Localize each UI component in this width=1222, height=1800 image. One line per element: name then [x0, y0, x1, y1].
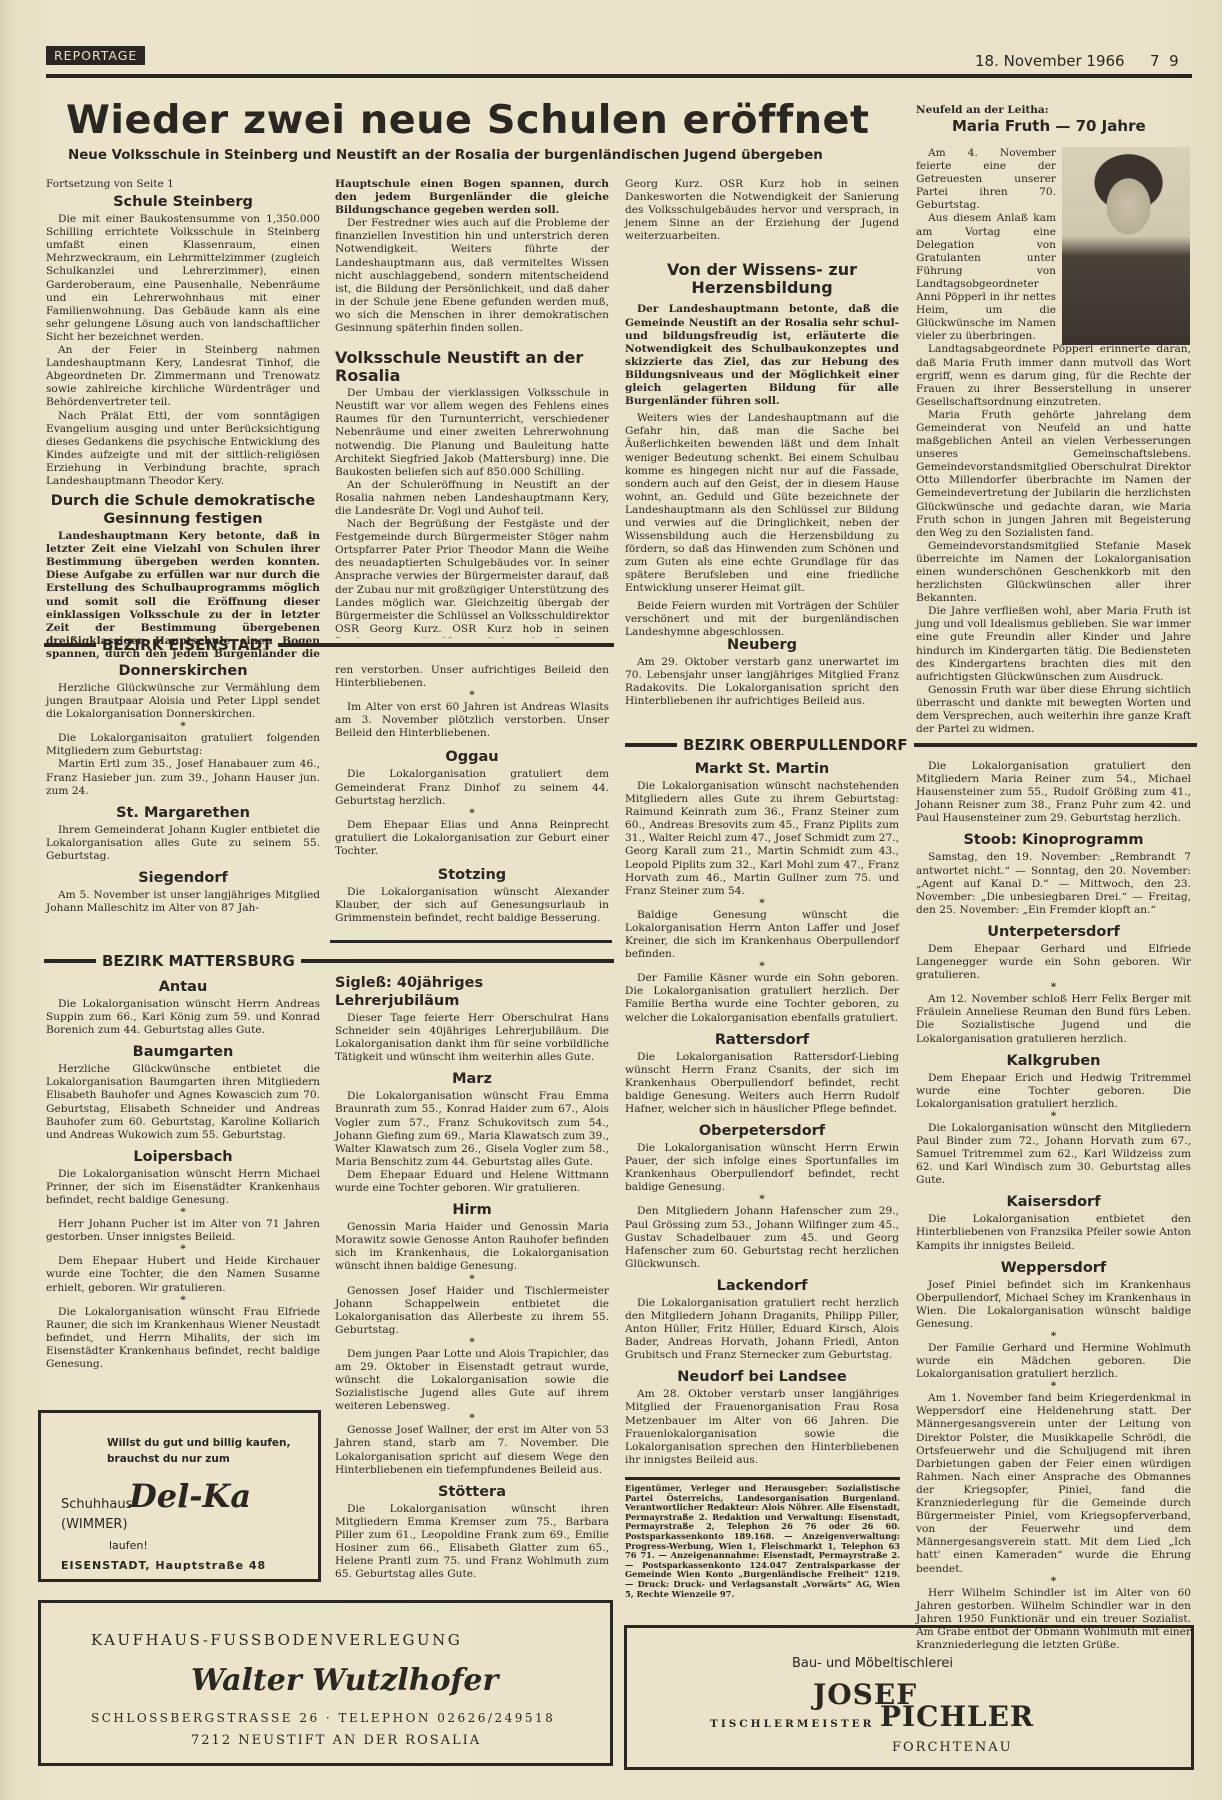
sidebar-article-body: Am 4. November feierte eine der Getreues… — [916, 147, 1191, 736]
pichler-last-name: PICHLER — [880, 1700, 1034, 1733]
main-article-col-2: Hauptschule einen Bogen spannen, durch d… — [335, 178, 609, 638]
bezirk-oberpullendorf-banner: BEZIRK OBERPULLENDORF — [625, 736, 1197, 754]
main-subtitle: Neue Volksschule in Steinberg und Neusti… — [68, 148, 888, 163]
main-headline: Wieder zwei neue Schulen eröffnet — [66, 98, 902, 143]
section-label: REPORTAGE — [46, 46, 145, 65]
page-number: 7 9 — [1150, 52, 1179, 70]
delka-logo: Del-Ka — [129, 1477, 251, 1515]
oberpullendorf-col-2: Die Lokalorganisation gratuliert den Mit… — [916, 760, 1191, 1652]
ad-pichler: Bau- und Möbeltischlerei JOSEF TISCHLERM… — [624, 1625, 1194, 1770]
main-article-col-1: Fortsetzung von Seite 1 Schule Steinberg… — [46, 178, 320, 660]
header-rule — [46, 74, 1192, 78]
mattersburg-top-rule — [330, 940, 612, 943]
eisenstadt-col-3: Neuberg Am 29. Oktober verstarb ganz une… — [625, 630, 899, 708]
ad-wutzlhofer: KAUFHAUS-FUSSBODENVERLEGUNG Walter Wutzl… — [38, 1600, 613, 1766]
imprint-rule — [625, 1477, 900, 1480]
issue-date: 18. November 1966 — [975, 52, 1125, 70]
sidebar-kicker: Neufeld an der Leitha: — [916, 104, 1049, 116]
main-article-col-3: Georg Kurz. OSR Kurz hob in seinen Danke… — [625, 178, 899, 639]
oberpullendorf-col-1: Markt St. Martin Die Lokalorganisation w… — [625, 754, 899, 1467]
imprint: Eigentümer, Verleger und Herausgeber: So… — [625, 1484, 900, 1599]
newspaper-page: REPORTAGE 18. November 1966 7 9 Wieder z… — [0, 0, 1222, 1800]
ad-delka: Willst du gut und billig kaufen, brauchs… — [38, 1410, 321, 1582]
bezirk-mattersburg-banner: BEZIRK MATTERSBURG — [44, 952, 614, 970]
mattersburg-col-2: Sigleß: 40jähriges Lehrerjubiläum Dieser… — [335, 972, 609, 1581]
bezirk-eisenstadt-banner: BEZIRK EISENSTADT — [44, 636, 614, 654]
mattersburg-col-1: Antau Die Lokalorganisation wünscht Herr… — [46, 972, 320, 1371]
sidebar-title: Maria Fruth — 70 Jahre — [952, 117, 1146, 135]
eisenstadt-col-1: Donnerskirchen Herzliche Glückwünsche zu… — [46, 656, 320, 915]
wutzlhofer-logo: Walter Wutzlhofer — [191, 1663, 498, 1698]
eisenstadt-col-2: ren verstorben. Unser aufrichtiges Beile… — [335, 664, 609, 925]
